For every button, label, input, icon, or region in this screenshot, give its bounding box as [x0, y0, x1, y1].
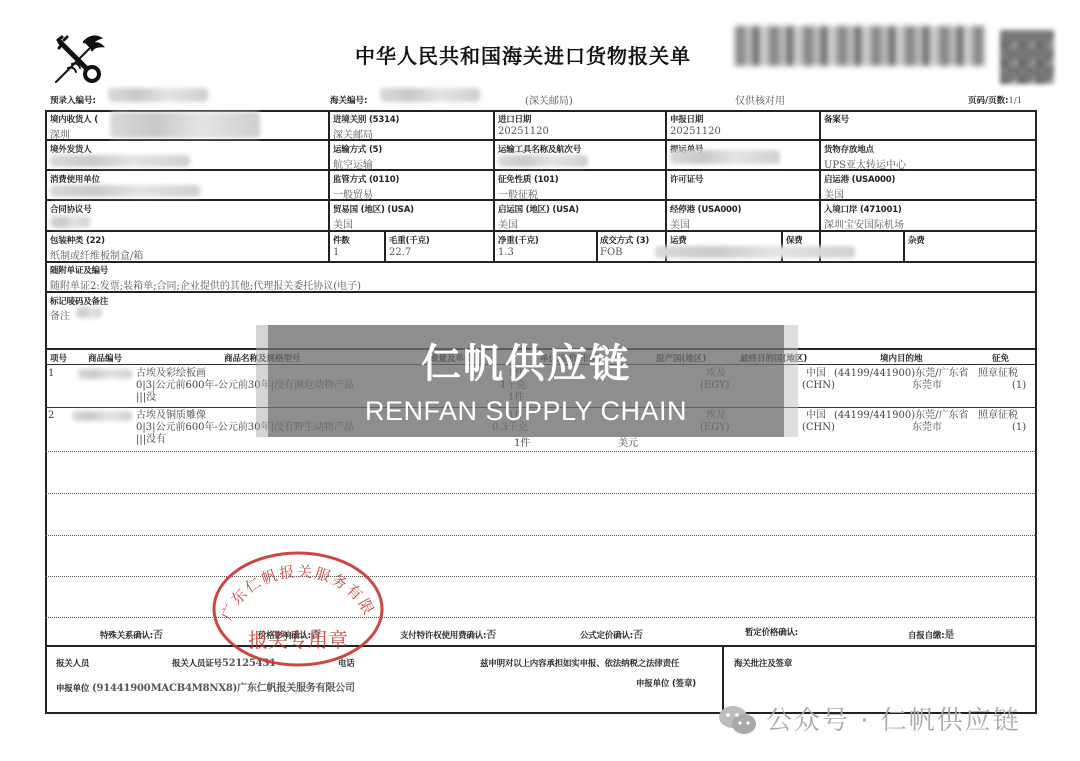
freight-insurance-redacted — [655, 246, 855, 258]
levy: 照章征税 — [978, 368, 1018, 379]
wechat-icon — [716, 703, 762, 737]
remarks-redacted — [76, 307, 102, 318]
hs-code-redacted — [78, 369, 132, 379]
storage-place-value: UPS亚太转运中心 — [824, 156, 906, 171]
marks-remarks-value: 备注 — [50, 307, 70, 322]
col-hs-code: 商品编号 — [88, 352, 122, 364]
brand-watermark-cn: 仁帆供应链 — [268, 332, 784, 389]
pieces-label: 件数 — [333, 234, 350, 246]
declaring-unit: 申报单位 (91441900MACB4M8NX8)广东仁帆报关服务有限公司 — [56, 679, 355, 694]
destination-country: 中国 — [806, 368, 826, 379]
net-weight-label: 净重(千克) — [498, 234, 539, 246]
pre-entry-no-redacted — [108, 88, 208, 102]
trade-terms-value: FOB — [600, 247, 623, 258]
marks-remarks-label: 标记唛码及备注 — [50, 295, 108, 307]
svg-text:报关专用章: 报关专用章 — [248, 628, 348, 652]
item-no: 2 — [48, 410, 54, 421]
transport-name-label: 运输工具名称及航次号 — [498, 143, 581, 155]
customs-approval-label: 海关批注及签章 — [734, 657, 792, 669]
supervision-mode-label: 监管方式 (0110) — [333, 173, 399, 185]
record-no-label: 备案号 — [824, 113, 849, 125]
page-info: 页码/页数:1/1 — [968, 94, 1022, 106]
goods-name: 古埃及铜质雕像 — [136, 410, 206, 421]
domestic-consignee-label: 境内收货人 ( — [50, 113, 98, 125]
provisional-price-confirm: 暂定价格确认: — [745, 626, 798, 638]
destination-country: 中国 — [806, 410, 826, 421]
self-declare-pay: 自报自缴:是 — [908, 626, 954, 641]
legal-statement: 兹申明对以上内容承担如实申报、依法纳税之法律责任 — [480, 657, 679, 669]
goods-spec-2: |||没有 — [136, 434, 166, 445]
unit-seal-label: 申报单位 (签章) — [636, 677, 696, 689]
bill-no-redacted — [670, 150, 780, 164]
overseas-shipper-label: 境外发货人 — [50, 143, 92, 155]
levy-code: (1) — [1012, 422, 1026, 433]
customs-office: (深关邮局) — [525, 92, 573, 107]
royalty-confirm: 支付特许权使用费确认:否 — [400, 626, 496, 641]
departure-port-label: 启运港 (USA000) — [824, 173, 895, 185]
attached-docs-label: 随附单证及编号 — [50, 264, 108, 276]
destination-code: (CHN) — [802, 422, 835, 433]
supervision-mode-value: 一般贸易 — [333, 186, 373, 201]
entry-customs-label: 进境关别 (5314) — [333, 113, 399, 125]
overseas-shipper-redacted — [50, 155, 190, 167]
levy-nature-label: 征免性质 (101) — [498, 173, 558, 185]
item-no: 1 — [48, 368, 54, 379]
special-relation-confirm: 特殊关系确认:否 — [100, 626, 163, 641]
transport-name-redacted — [498, 155, 588, 167]
domestic-consignee-redacted — [110, 112, 260, 138]
levy: 照章征税 — [978, 410, 1018, 421]
package-type-value: 纸制或纤维板制盒/箱 — [50, 247, 143, 262]
trade-terms-label: 成交方式 (3) — [600, 234, 649, 246]
transport-mode-label: 运输方式 (5) — [333, 143, 382, 155]
consumer-unit-redacted — [50, 185, 200, 197]
col-domestic-destination: 境内目的地 — [880, 352, 923, 364]
declare-date-label: 申报日期 — [670, 113, 703, 125]
package-type-label: 包装种类 (22) — [50, 234, 105, 246]
brand-watermark-en: RENFAN SUPPLY CHAIN — [268, 396, 784, 427]
domestic-destination-city: 东莞市 — [912, 422, 942, 433]
freight-label: 运费 — [670, 234, 687, 246]
svg-text:广东仁帆报关服务有限公司: 广东仁帆报关服务有限公司 — [208, 545, 379, 623]
declarant-label: 报关人员 — [56, 657, 89, 669]
transit-port-value: 美国 — [670, 216, 690, 231]
col-levy: 征免 — [992, 352, 1009, 364]
entry-port-label: 入境口岸 (471001) — [824, 203, 902, 215]
departure-port-value: 美国 — [824, 186, 844, 201]
currency: 美元 — [618, 438, 638, 449]
formula-pricing-confirm: 公式定价确认:否 — [580, 626, 643, 641]
departure-country-value: 美国 — [498, 216, 518, 231]
domestic-consignee-value: 深圳 — [50, 126, 70, 141]
customs-declaration-seal: 广东仁帆报关服务有限公司 报关专用章 — [208, 545, 388, 667]
misc-fee-label: 杂费 — [908, 234, 925, 246]
storage-place-label: 货物存放地点 — [824, 143, 874, 155]
contract-no-label: 合同协议号 — [50, 203, 92, 215]
barcode-redacted — [735, 26, 985, 66]
hs-code-redacted — [72, 411, 132, 421]
declare-date-value: 20251120 — [670, 126, 721, 137]
pre-entry-no-label: 预录入编号: — [50, 94, 96, 106]
trade-country-label: 贸易国 (地区) (USA) — [333, 203, 414, 215]
qty-3: 1件 — [514, 438, 530, 449]
domestic-destination-city: 东莞市 — [912, 380, 942, 391]
levy-code: (1) — [1012, 380, 1026, 391]
pieces-value: 1 — [333, 247, 339, 258]
levy-nature-value: 一般征税 — [498, 186, 538, 201]
document-title: 中华人民共和国海关进口货物报关单 — [355, 40, 691, 69]
consumer-unit-label: 消费使用单位 — [50, 173, 100, 185]
gross-weight-label: 毛重(千克) — [389, 234, 430, 246]
entry-port-value: 深圳宝安国际机场 — [824, 216, 904, 231]
insurance-label: 保费 — [786, 234, 803, 246]
customs-no-label: 海关编号: — [330, 94, 367, 106]
departure-country-label: 启运国 (地区) (USA) — [498, 203, 579, 215]
trade-country-value: 美国 — [333, 216, 353, 231]
attached-docs-value: 随附单证2:发票;装箱单;合同;企业提供的其他;代理报关委托协议(电子) — [50, 277, 361, 292]
license-no-label: 许可证号 — [670, 173, 703, 185]
contract-no-redacted — [50, 216, 90, 228]
domestic-destination: (44199/441900)东莞/广东省 — [834, 368, 969, 379]
goods-name: 古埃及彩绘板画 — [136, 368, 206, 379]
customs-no-redacted — [380, 88, 480, 102]
gross-weight-value: 22.7 — [389, 247, 411, 258]
import-date-label: 进口日期 — [498, 113, 531, 125]
for-checking-only: 仅供核对用 — [735, 92, 785, 107]
net-weight-value: 1.3 — [498, 247, 514, 258]
col-item-no: 项号 — [50, 352, 67, 364]
wechat-account-watermark: 公众号 · 仁帆供应链 — [766, 700, 1021, 737]
entry-customs-value: 深关邮局 — [333, 126, 373, 141]
destination-code: (CHN) — [802, 380, 835, 391]
qr-code-redacted — [1000, 30, 1054, 84]
transport-mode-value: 航空运输 — [333, 156, 373, 171]
transit-port-label: 经停港 (USA000) — [670, 203, 741, 215]
import-date-value: 20251120 — [498, 126, 549, 137]
customs-emblem-icon — [50, 32, 106, 86]
domestic-destination: (44199/441900)东莞/广东省 — [834, 410, 969, 421]
goods-spec-2: |||没 — [136, 392, 156, 403]
